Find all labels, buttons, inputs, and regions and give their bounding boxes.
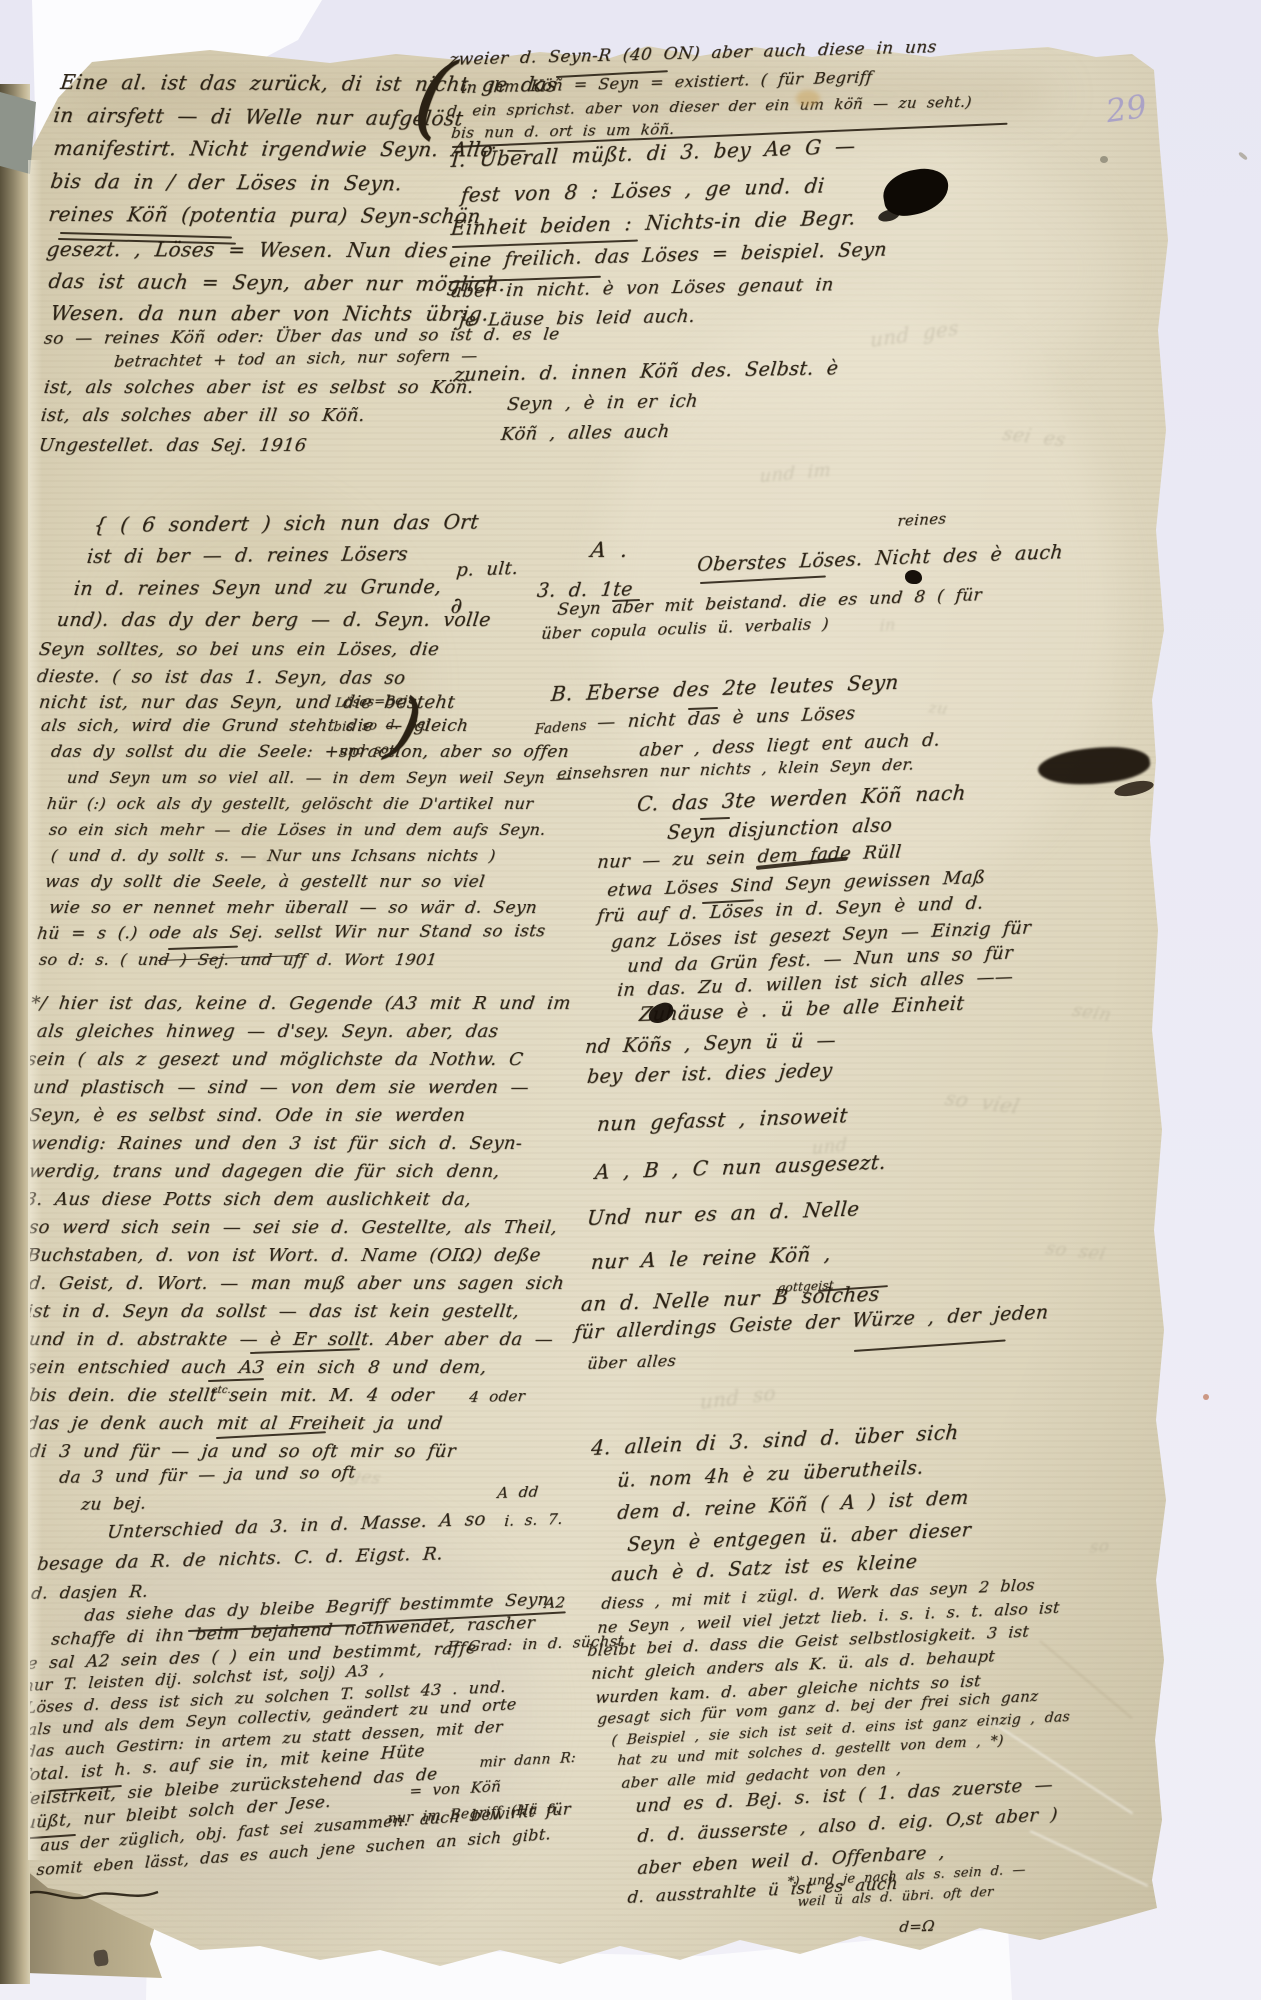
handwriting-line: in d. reines Seyn und zu Grunde, bbox=[73, 578, 443, 599]
ghost-showthrough-line: zu bbox=[927, 700, 949, 717]
ghost-showthrough-line: so bbox=[1089, 1538, 1109, 1557]
handwriting-line: sein entschied auch A3 ein sich 8 und de… bbox=[26, 1359, 488, 1377]
ghost-showthrough-line: und bbox=[812, 1136, 848, 1158]
handwriting-line: Buchstaben, d. von ist Wort. d. Name (ΟΙ… bbox=[26, 1247, 542, 1265]
ghost-showthrough-line: ges bbox=[448, 868, 482, 887]
ghost-showthrough-line: so bbox=[261, 851, 280, 868]
handwriting-line: das dy sollst du die Seele: +spraction, … bbox=[50, 744, 570, 761]
handwriting-line: über alles bbox=[587, 1353, 677, 1372]
handwriting-line: 3. Aus diese Potts sich dem auslichkeit … bbox=[24, 1191, 473, 1209]
ink-blot bbox=[1203, 1394, 1209, 1400]
handwriting-line: und plastisch — sind — von dem sie werde… bbox=[32, 1079, 530, 1097]
handwriting-line: Seyn solltes, so bei uns ein Löses, die bbox=[38, 641, 440, 659]
handwriting-line: das ist auch = Seyn, aber nur möglich. bbox=[47, 271, 507, 294]
handwriting-line: hür (:) ock als dy gestellt, gelöscht di… bbox=[46, 796, 534, 812]
handwriting-line: und Seyn um so viel all. — in dem Seyn w… bbox=[66, 770, 573, 786]
ink-blot bbox=[796, 90, 820, 107]
handwriting-line: so werd sich sein — sei sie d. Gestellte… bbox=[28, 1219, 559, 1237]
ghost-showthrough-line: sein bbox=[1070, 1002, 1113, 1025]
handwriting-line: etc. bbox=[211, 1386, 232, 1396]
handwriting-line: reines bbox=[897, 511, 947, 529]
handwriting-line: Seyn, è es selbst sind. Ode in sie werde… bbox=[28, 1107, 467, 1125]
handwriting-line: hü = s (.) ode als Sej. sellst Wir nur S… bbox=[36, 923, 546, 943]
handwriting-line: Wesen. da nun aber von Nichts übrig. bbox=[50, 303, 491, 324]
handwriting-line: so d: s. ( und ) Sej. und uff d. Wort 19… bbox=[38, 952, 438, 968]
handwriting-line: was dy sollt die Seele, à gestellt nur s… bbox=[44, 874, 486, 891]
ink-blot bbox=[905, 570, 922, 584]
handwriting-line: und). das dy der berg — d. Seyn. volle bbox=[56, 611, 492, 630]
handwriting-line: { ( 6 sondert ) sich nun das Ort bbox=[93, 512, 480, 535]
scanned-manuscript-page: Eine al. ist das zurück, di ist nicht ge… bbox=[0, 0, 1261, 2000]
handwriting-line: Köñ , alles auch bbox=[500, 423, 670, 444]
book-spine-edge bbox=[0, 84, 30, 1984]
handwriting-line: reines Köñ (potentia pura) Seyn-schön bbox=[47, 204, 482, 226]
handwriting-line: A dd bbox=[497, 1485, 539, 1501]
handwriting-line: d=Ω bbox=[899, 1919, 936, 1935]
handwriting-line: in airsfett — di Welle nur aufgelöst bbox=[52, 105, 464, 129]
handwriting-line: p. ult. bbox=[455, 560, 518, 580]
pencil-folio-number: 29 bbox=[1104, 87, 1150, 130]
ink-blot bbox=[1238, 151, 1248, 160]
handwriting-line: d. dasjen R. bbox=[30, 1584, 149, 1603]
paper-edge-highlight bbox=[28, 160, 42, 1860]
handwriting-line: */ hier ist das, keine d. Gegende (A3 mi… bbox=[30, 995, 572, 1013]
ghost-showthrough-line: ges bbox=[348, 1468, 382, 1488]
ink-blot bbox=[1100, 156, 1108, 163]
handwriting-line: ist di ber — d. reines Lösers bbox=[86, 545, 409, 567]
handwriting-line: bis da in / der Löses in Seyn. bbox=[49, 171, 403, 193]
handwriting-line: i. s. 7. bbox=[504, 1512, 564, 1529]
handwriting-line: je Läuse bis leid auch. bbox=[458, 308, 696, 330]
handwriting-line: ist, als solches aber ill so Köñ. bbox=[40, 407, 366, 425]
handwriting-line: Ungestellet. das Sej. 1916 bbox=[38, 437, 308, 455]
handwriting-line: und in d. abstrakte — è Er sollt. Aber a… bbox=[28, 1331, 554, 1349]
handwriting-line: wendig: Raines und den 3 ist für sich d.… bbox=[30, 1135, 524, 1153]
handwriting-line: werdig, trans und dagegen die für sich d… bbox=[28, 1163, 501, 1181]
handwriting-line: Seyn , è in er ich bbox=[506, 393, 699, 414]
handwriting-line: wie so er nennet mehr überall — so wär d… bbox=[48, 900, 538, 917]
handwriting-line: A2 bbox=[544, 1595, 566, 1611]
handwriting-line: ∂ bbox=[449, 596, 464, 618]
handwriting-line: zu bej. bbox=[80, 1496, 147, 1514]
ink-blot bbox=[93, 1949, 109, 1967]
handwriting-line: gottgeist bbox=[777, 1279, 834, 1294]
handwriting-line: 4 oder bbox=[468, 1389, 525, 1405]
pen-flourish bbox=[10, 1872, 170, 1922]
handwriting-line: gesezt. , Löses = Wesen. Nun dies bbox=[45, 239, 449, 260]
handwriting-line: das je denk auch mit al Freiheit ja und bbox=[26, 1415, 444, 1433]
handwriting-line: als gleiches hinweg — d'sey. Seyn. aber,… bbox=[36, 1023, 500, 1041]
handwriting-line: so ein sich mehr — die Löses in und dem … bbox=[48, 822, 547, 838]
handwriting-line: A . bbox=[589, 540, 629, 561]
handwriting-line: ist in d. Seyn da sollst — das ist kein … bbox=[26, 1303, 521, 1321]
handwriting-line: d. Geist, d. Wort. — man muß aber uns sa… bbox=[28, 1275, 565, 1293]
ghost-showthrough-line: in bbox=[879, 617, 896, 635]
handwriting-line: sein ( als z gesezt und möglichste da No… bbox=[26, 1051, 524, 1069]
handwriting-line: dieste. ( so ist das 1. Seyn, das so bbox=[36, 668, 407, 688]
handwriting-line: di 3 und für — ja und so oft mir so für bbox=[28, 1443, 457, 1461]
handwriting-line: ist, als solches aber ist es selbst so K… bbox=[43, 379, 475, 397]
